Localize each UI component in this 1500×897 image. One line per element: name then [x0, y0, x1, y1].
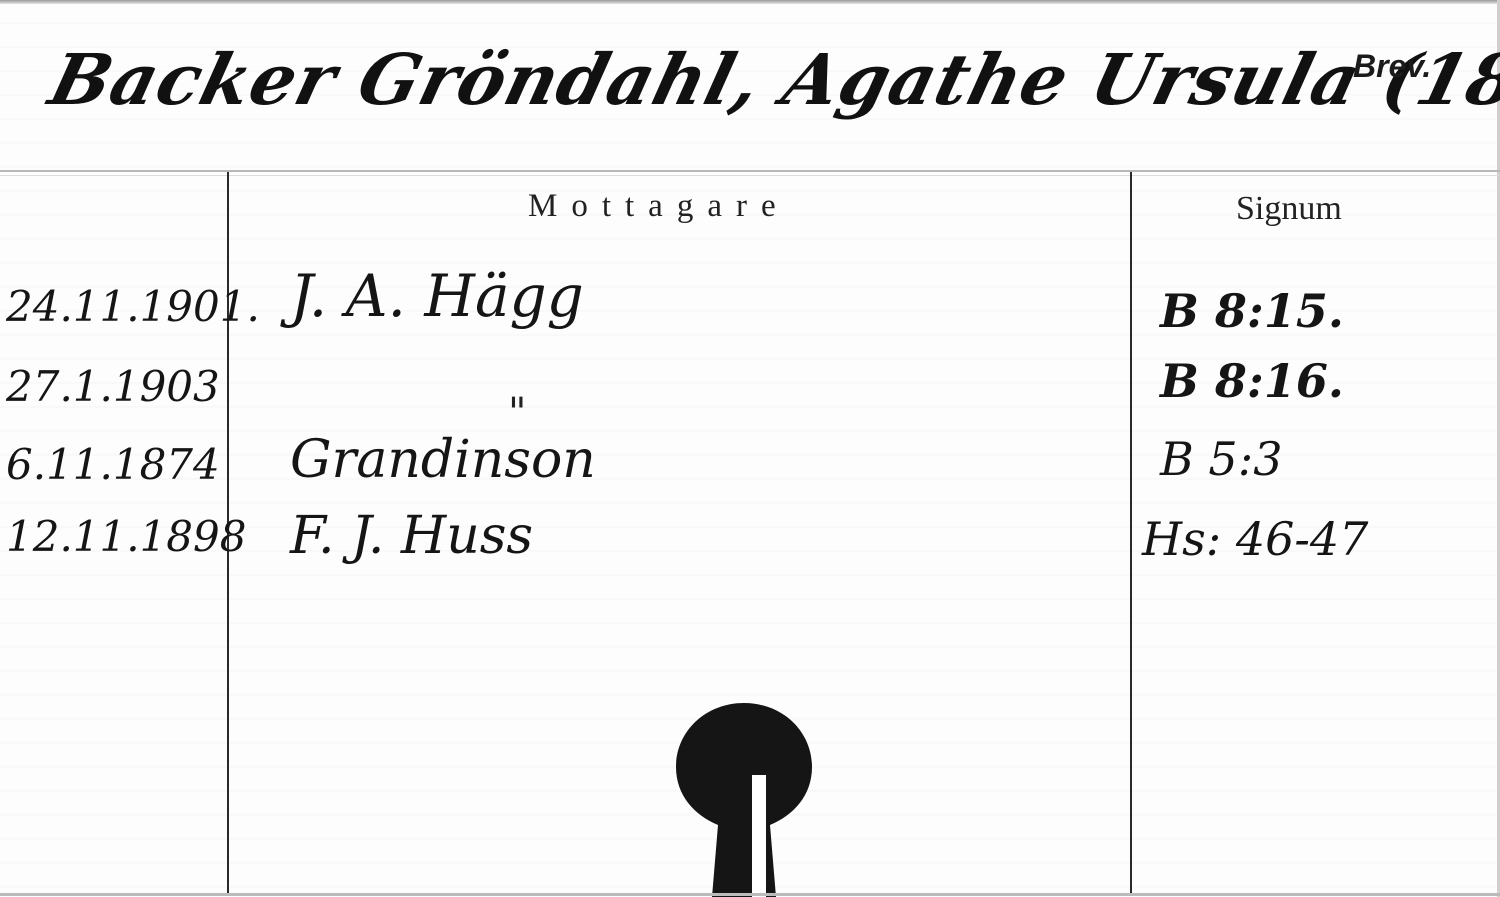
row-3-date: 6.11.1874 — [6, 440, 220, 489]
row-4-signum: Hs: 46-47 — [1142, 512, 1368, 566]
row-2-date: 27.1.1903 — [6, 362, 220, 411]
column-header-signum: Signum — [1236, 190, 1342, 228]
card-top-edge — [0, 0, 1500, 4]
row-4-recipient: F. J. Huss — [290, 506, 533, 566]
column-header-recipient: Mottagare — [528, 188, 790, 225]
row-1-date: 24.11.1901. — [6, 282, 260, 331]
row-3-signum: B 5:3 — [1160, 432, 1282, 486]
row-1-signum: B 8:15. — [1160, 284, 1344, 338]
column-divider-signum — [1130, 172, 1132, 895]
row-4-date: 12.11.1898 — [6, 512, 246, 561]
row-3-recipient: Grandinson — [290, 430, 596, 490]
card-bottom-edge — [0, 893, 1500, 896]
keyhole-punch-icon — [676, 703, 812, 897]
card-title: Backer Gröndahl, Agathe Ursula (1847-190… — [42, 38, 1500, 121]
catalog-card: Backer Gröndahl, Agathe Ursula (1847-190… — [0, 0, 1500, 897]
header-divider-secondary — [0, 175, 1500, 176]
row-1-recipient: J. A. Hägg — [290, 262, 584, 330]
row-2-signum: B 8:16. — [1160, 354, 1344, 408]
header-divider — [0, 170, 1500, 172]
category-label: Brev. — [1353, 48, 1431, 85]
